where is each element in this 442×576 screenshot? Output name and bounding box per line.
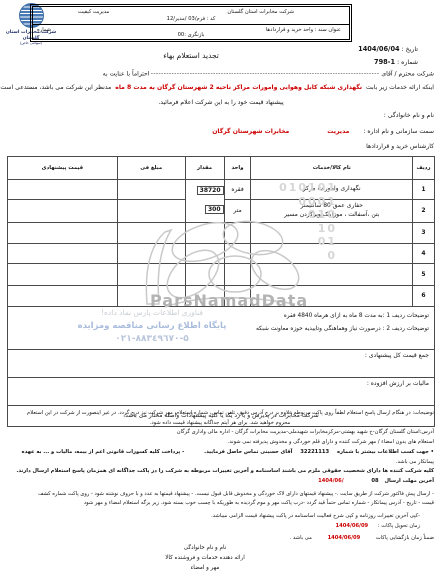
- item-name-cell: نگهداری وامورات مرکز: [251, 180, 413, 200]
- item-name-2: بتن ،آسفالت ، موزاییک وپرکردن مسیر: [253, 211, 410, 220]
- footer-line-6: پیمانکار می باشد.: [6, 458, 434, 468]
- table-header-row: ردیف نام کالا/خدمات واحد مقدار مبلغ فی ق…: [8, 157, 435, 180]
- table-row: 4: [8, 243, 435, 263]
- notes-row: توضیحات ردیف 1 :به مدت 8 ماه به ازای هرم…: [8, 306, 435, 349]
- footer-line-9: - ارسال پیش فاکتور شرکت از طریق سایت .- …: [6, 490, 434, 500]
- logo-subcaption: (سهامی خاص): [4, 41, 58, 46]
- delivery-label: زمان تحویل پاکات :: [378, 523, 420, 529]
- unit-cell: فقره: [224, 180, 251, 200]
- intro-text-2: مدنظر این شرکت می باشد، مستدعی است: [0, 84, 111, 91]
- item-name: نگهداری وامورات مرکز: [253, 185, 410, 194]
- row-no: 6: [413, 285, 435, 306]
- qty-cell: 38720: [197, 186, 224, 195]
- delivery-line: زمان تحویل پاکات : 1404/06/09: [6, 522, 434, 532]
- unit-cell: [224, 285, 251, 306]
- opening-label: ضمناً زمان بازگشایی پاکات: [376, 535, 434, 541]
- header-meta-row1: شرکت مخابرات استان گلستان مدیریت کیفیت ک…: [33, 7, 349, 25]
- qty-cell: 300: [205, 205, 224, 214]
- unit-price-cell: [117, 285, 185, 306]
- item-name-cell: [251, 243, 413, 263]
- row-no: 2: [413, 199, 435, 222]
- qty-cell: [185, 285, 224, 306]
- unit-price-cell: [117, 263, 185, 285]
- footer-contact-line: • جهت کسب اطلاعات بیشتر با شماره 3222111…: [6, 448, 434, 458]
- position-management: مدیریت: [327, 128, 349, 135]
- item-name-cell: [251, 263, 413, 285]
- col-proposed-price: قیمت پیشنهادی: [8, 157, 118, 180]
- footer-line-7: کلیه شرکت کننده ها دارای شخصیت حقوقی ملز…: [6, 467, 434, 477]
- proposed-price-cell: [8, 263, 118, 285]
- footer-line-11: -کپی آخرین تغییرات روزنامه و کپی شرح فعا…: [6, 512, 434, 522]
- proposed-price-cell: [8, 285, 118, 306]
- intro-subject-red: نگهداری شبکه کابل وهوایی وامورات مراکز ن…: [115, 84, 362, 91]
- salutation-left: احتراماً با عنایت به: [103, 71, 150, 78]
- vat-label: مالیات بر ارزش افزوده :: [8, 377, 435, 405]
- footer-line-10: قیمت - تاریخ - آدرس پیمانکار - شماره تما…: [6, 499, 434, 509]
- opening-suffix: می باشد .: [290, 535, 312, 541]
- col-unit-price: مبلغ فی: [117, 157, 185, 180]
- position-office: مخابرات شهرستان گرگان: [212, 128, 289, 135]
- unit-cell: [224, 243, 251, 263]
- items-table: ردیف نام کالا/خدمات واحد مقدار مبلغ فی ق…: [7, 156, 435, 427]
- unit-price-cell: [117, 222, 185, 243]
- item-name-cell: حفاری عمق 80 سانتیمتر بتن ،آسفالت ، موزا…: [251, 199, 413, 222]
- row-no: 1: [413, 180, 435, 200]
- signature-provider-label: ارائه دهنده خدمات و فروشنده کالا: [120, 553, 290, 563]
- revision-label: بازنگری :00: [33, 32, 349, 38]
- footer-address: آدرس:استان گلستان گرگان-خ شهید بهشتی-مرک…: [6, 428, 434, 438]
- proposed-price-cell: [8, 180, 118, 200]
- row-no: 4: [413, 243, 435, 263]
- signature-stamp-label: مهر و امضاء: [120, 563, 290, 573]
- vat-row: مالیات بر ارزش افزوده :: [8, 377, 435, 405]
- footer-line-2: محروم خواهید شد. برای هر آیتم جداگانه پی…: [6, 419, 434, 429]
- footer-notes: توضیحات: در هنگام ارسال پاسخ استعلام لطف…: [6, 409, 434, 544]
- table-row: 5: [8, 263, 435, 285]
- company-name: شرکت مخابرات استان گلستان: [227, 9, 294, 15]
- position-label: سمت سازمانی و نام اداره :: [363, 128, 434, 135]
- note-row1: توضیحات ردیف 1 :به مدت 8 ماه به ازای هرم…: [13, 310, 429, 323]
- page-title: تجدید استعلام بهاء: [0, 51, 442, 60]
- salutation-right: شرکت محترم / آقای: [381, 71, 434, 78]
- footer-line-4: استعلام های بدون امضاء / مهر شرکت کننده …: [6, 438, 434, 448]
- delivery-date: 1404/06/09: [336, 522, 369, 532]
- position-line: سمت سازمانی و نام اداره : مدیریت مخابرات…: [212, 128, 434, 135]
- deadline-line: آخرین مهلت ارسال 08 1404/06/: [6, 477, 434, 487]
- item-name: حفاری عمق 80 سانتیمتر: [253, 202, 410, 211]
- row-notes: توضیحات ردیف 1 :به مدت 8 ماه به ازای هرم…: [8, 306, 435, 349]
- deadline-date-red: 1404/06/: [318, 477, 343, 487]
- proposed-price-cell: [8, 199, 118, 222]
- opening-date: 1404/06/09: [328, 534, 361, 544]
- table-row: 3: [8, 222, 435, 243]
- col-unit: واحد: [224, 157, 251, 180]
- intro-text-1: اینکه ارائه خدمات زیر بابت: [366, 84, 434, 91]
- table-row: 6: [8, 285, 435, 306]
- unit-price-cell: [117, 243, 185, 263]
- unit-price-cell: [117, 180, 185, 200]
- deadline-label: آخرین مهلت ارسال: [384, 478, 434, 484]
- number-label: شماره :: [397, 59, 418, 66]
- salutation-line: شرکت محترم / آقای ----------------------…: [50, 70, 434, 78]
- qty-cell: [185, 222, 224, 243]
- intro-request-line: پیشنهاد قیمت خود را به این شرکت اعلام فر…: [0, 99, 442, 106]
- unit-price-cell: [117, 199, 185, 222]
- quality-management-label: مدیریت کیفیت: [78, 9, 109, 15]
- item-name-cell: [251, 285, 413, 306]
- blank-line: ----------------------------------------…: [151, 70, 379, 77]
- intro-paragraph: اینکه ارائه خدمات زیر بابت نگهداری شبکه …: [6, 84, 434, 91]
- table-row: 2 حفاری عمق 80 سانتیمتر بتن ،آسفالت ، مو…: [8, 199, 435, 222]
- contact-text-1: • جهت کسب اطلاعات بیشتر با شماره: [337, 449, 434, 455]
- deadline-day: 08: [371, 477, 378, 487]
- proposed-price-cell: [8, 222, 118, 243]
- col-item: نام کالا/خدمات: [251, 157, 413, 180]
- unit-cell: متر: [224, 199, 251, 222]
- form-code: کد : فرم/03 /مدیر/12: [33, 16, 349, 22]
- table-row: 1 نگهداری وامورات مرکز فقره 38720: [8, 180, 435, 200]
- total-row: جمع قیمت کل پیشنهادی :: [8, 349, 435, 377]
- item-name-cell: [251, 222, 413, 243]
- signature-name-label: نام و نام خانوادگی: [120, 543, 290, 553]
- expert-label: کارشناس خرید و قراردادها: [366, 143, 434, 150]
- qty-cell: [185, 243, 224, 263]
- col-row: ردیف: [413, 157, 435, 180]
- signature-block: نام و نام خانوادگی ارائه دهنده خدمات و ف…: [120, 543, 290, 573]
- unit-cell: [224, 263, 251, 285]
- name-label: نام و نام خانوادگی :: [384, 112, 434, 119]
- proposed-price-cell: [8, 243, 118, 263]
- document-page: شرکت مخابرات استان گلستان (سهامی خاص) شر…: [0, 0, 442, 576]
- contact-text-2: آقای حسینی تماس حاصل فرمایید.: [204, 449, 292, 455]
- header-meta-table: شرکت مخابرات استان گلستان مدیریت کیفیت ک…: [32, 6, 350, 40]
- deductions-text: - پرداخت کلیه کسورات قانونی اعم از بیمه،…: [22, 449, 185, 455]
- header-meta-row2: عنوان سند : واحد خرید و قراردادها شماره …: [33, 25, 349, 39]
- footer-line-1: توضیحات: در هنگام ارسال پاسخ استعلام لطف…: [6, 409, 434, 419]
- total-proposed-label: جمع قیمت کل پیشنهادی :: [8, 349, 435, 377]
- contact-phone: 32221113: [300, 448, 329, 458]
- row-no: 5: [413, 263, 435, 285]
- unit-cell: [224, 222, 251, 243]
- row-no: 3: [413, 222, 435, 243]
- note-row2: توضیحات ردیف 2 : درصورت نیاز وهماهنگی وت…: [13, 323, 429, 336]
- qty-cell: [185, 263, 224, 285]
- col-qty: مقدار: [185, 157, 224, 180]
